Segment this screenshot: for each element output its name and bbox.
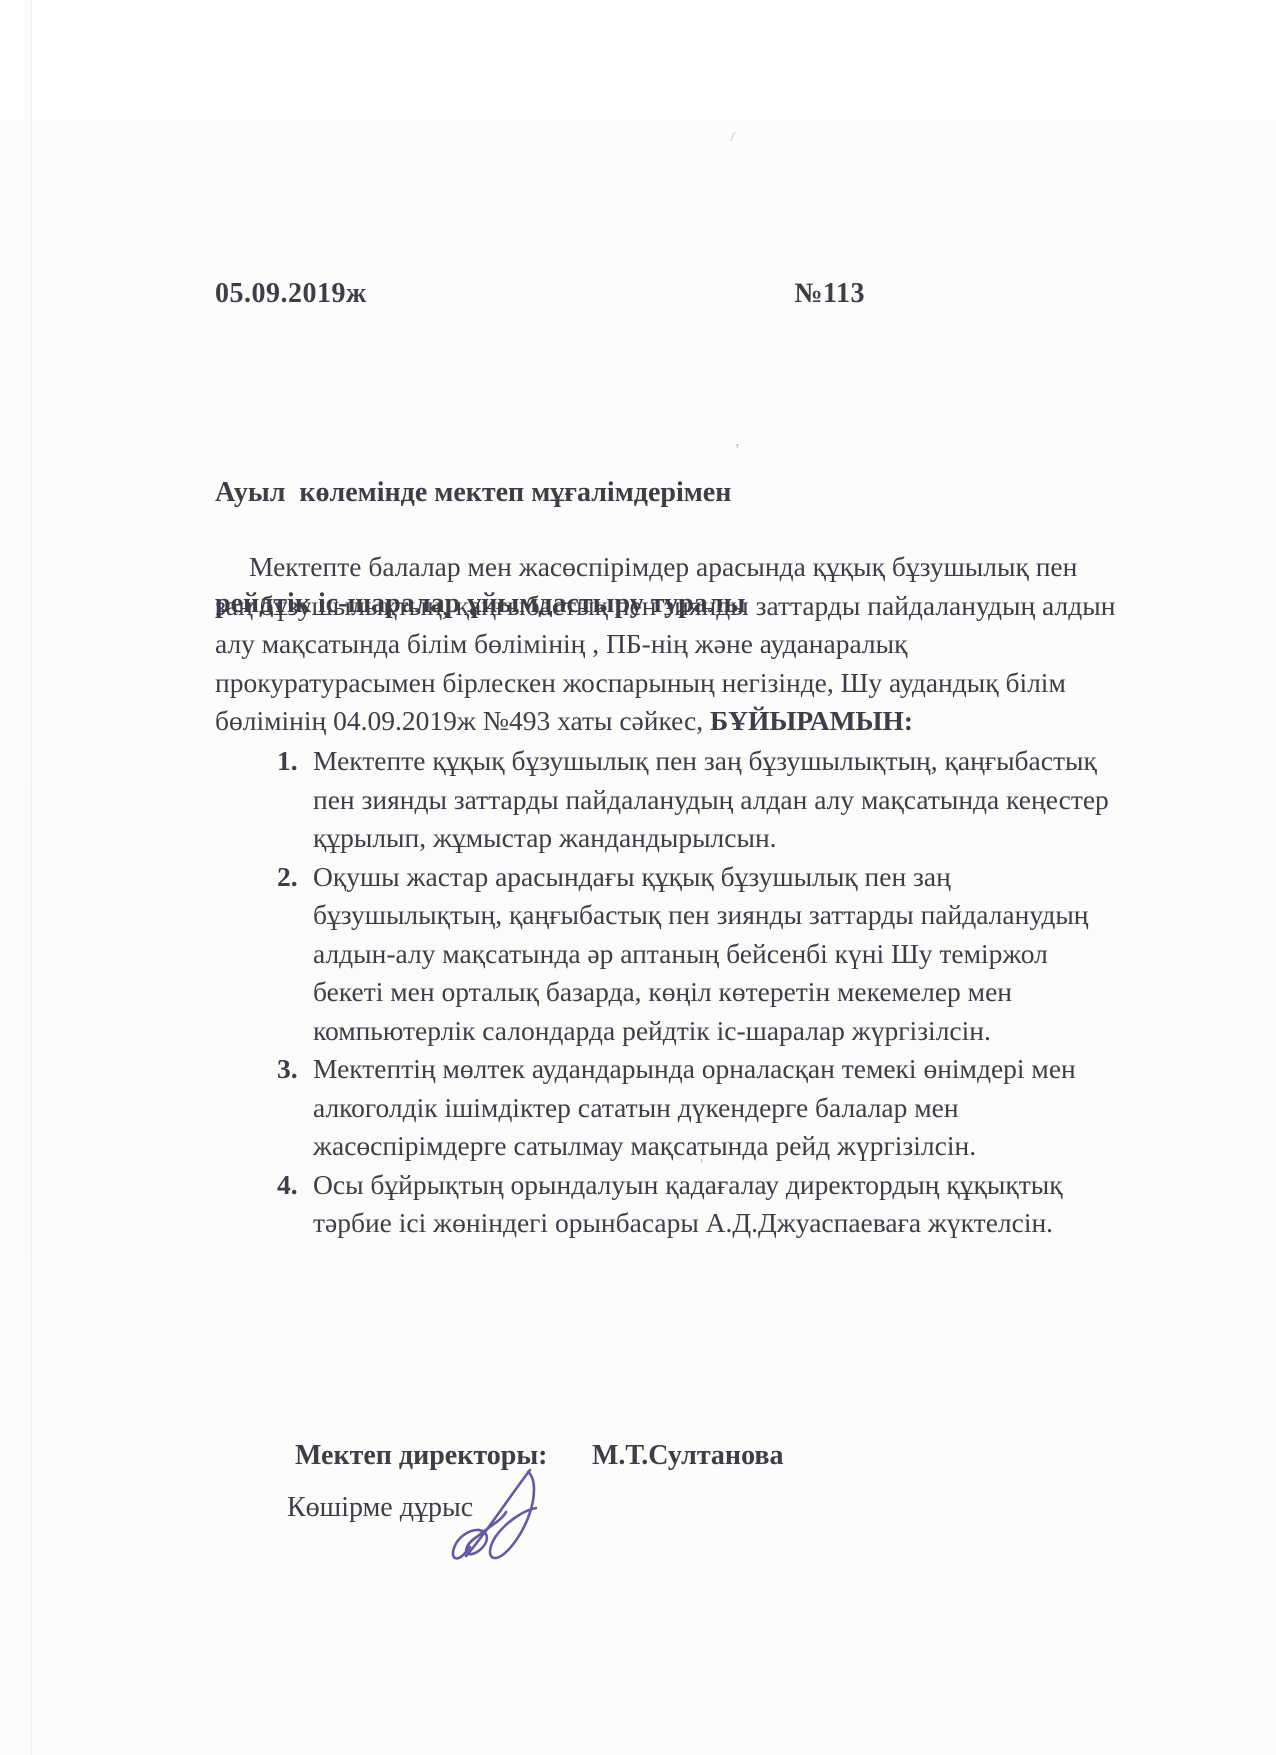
- document-number: №113: [794, 278, 865, 310]
- list-item-number: 2.: [277, 858, 313, 897]
- scan-speck: ᶴ: [727, 128, 737, 149]
- list-item-text: Мектепте құқық бұзушылық пен заң бұзушыл…: [313, 742, 1117, 858]
- list-item: 1. Мектепте құқық бұзушылық пен заң бұзу…: [215, 742, 1117, 858]
- signature-name: М.Т.Султанова: [592, 1440, 784, 1472]
- list-item: 2. Оқушы жастар арасындағы құқық бұзушыл…: [215, 858, 1117, 1051]
- document-header-row: 05.09.2019ж №113: [215, 278, 1115, 310]
- list-item-number: 1.: [277, 742, 313, 781]
- list-item-number: 3.: [277, 1050, 313, 1089]
- list-item-text: Мектептің мөлтек аудандарында орналасқан…: [313, 1050, 1117, 1166]
- order-keyword: БҰЙЫРАМЫН:: [710, 705, 913, 736]
- scanned-order-document: ᶴ , ' 05.09.2019ж №113 Ауыл көлемінде ме…: [0, 0, 1276, 1755]
- document-title-line1: Ауыл көлемінде мектеп мұғалімдерімен: [215, 474, 1115, 511]
- list-item-text: Осы бұйрықтың орындалуын қадағалау дирек…: [313, 1166, 1117, 1243]
- list-item: 4. Осы бұйрықтың орындалуын қадағалау ди…: [215, 1166, 1117, 1243]
- handwritten-signature: [432, 1452, 562, 1582]
- list-item: 3. Мектептің мөлтек аудандарында орналас…: [215, 1050, 1117, 1166]
- intro-paragraph: Мектепте балалар мен жасөспірімдер арасы…: [215, 548, 1117, 741]
- list-item-text: Оқушы жастар арасындағы құқық бұзушылық …: [313, 858, 1117, 1051]
- directive-list: 1. Мектепте құқық бұзушылық пен заң бұзу…: [215, 742, 1117, 1243]
- document-date: 05.09.2019ж: [215, 278, 367, 310]
- list-item-number: 4.: [277, 1166, 313, 1205]
- intro-text: Мектепте балалар мен жасөспірімдер арасы…: [215, 551, 1115, 736]
- scan-edge-artifact: [30, 0, 32, 1755]
